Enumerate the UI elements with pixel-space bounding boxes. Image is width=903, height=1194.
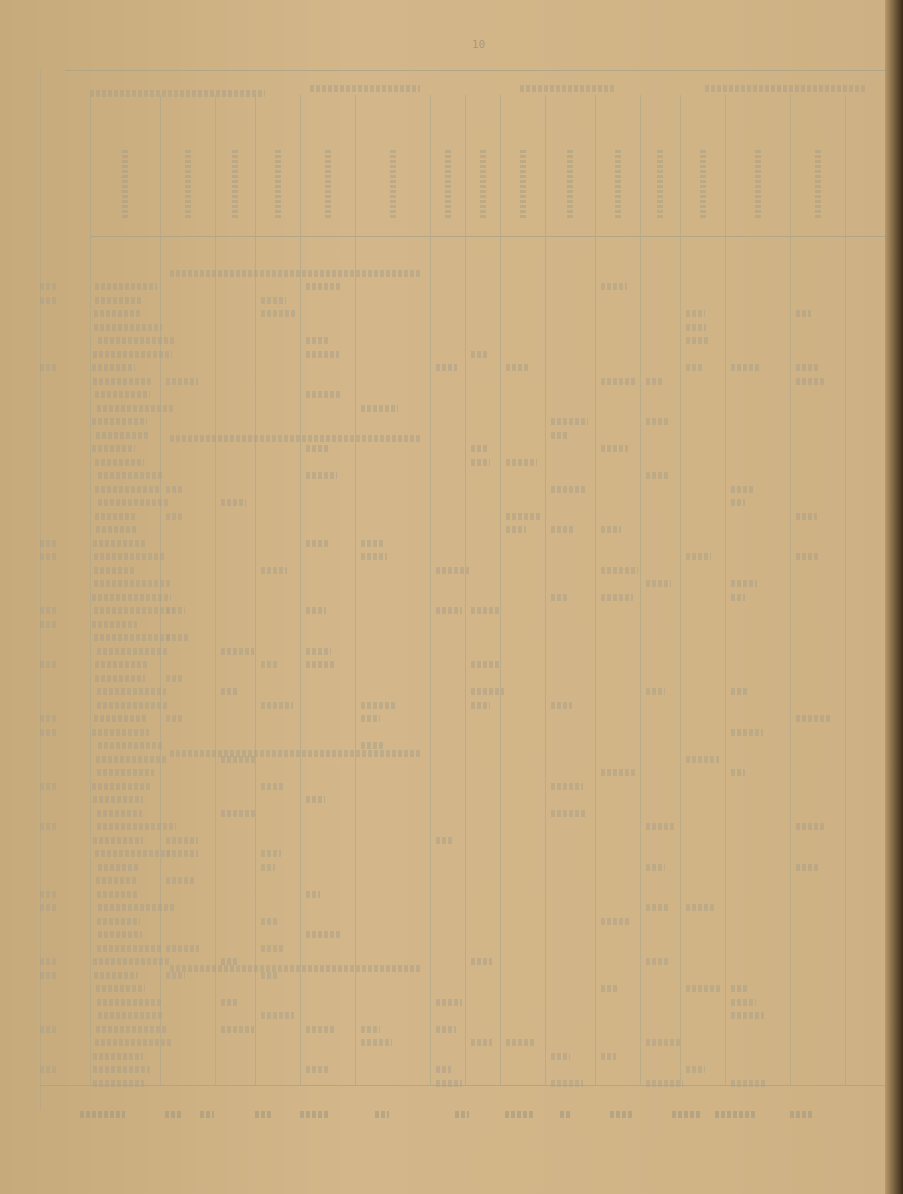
- row-label: [97, 945, 163, 952]
- table-cell: [646, 864, 665, 871]
- table-cell: [686, 324, 706, 331]
- table-cell: [796, 364, 820, 371]
- table-cell: [221, 756, 256, 763]
- table-cell: [551, 702, 572, 709]
- column-rule: [545, 95, 546, 1085]
- table-cell: [436, 567, 469, 574]
- totals-cell: [300, 1111, 330, 1118]
- column-header: [615, 150, 621, 220]
- row-label: [92, 621, 137, 628]
- table-cell: [261, 1012, 294, 1019]
- table-cell: [731, 499, 745, 506]
- table-cell: [221, 1026, 254, 1033]
- row-number: [40, 621, 58, 628]
- table-cell: [646, 904, 670, 911]
- table-cell: [166, 607, 185, 614]
- table-cell: [646, 958, 668, 965]
- table-cell: [796, 823, 825, 830]
- table-cell: [471, 702, 490, 709]
- table-cell: [166, 850, 198, 857]
- row-label: [94, 567, 134, 574]
- table-cell: [551, 594, 568, 601]
- row-label: [95, 850, 170, 857]
- table-cell: [261, 783, 283, 790]
- row-label: [96, 432, 148, 439]
- row-number: [40, 540, 58, 547]
- row-label: [97, 769, 154, 776]
- row-label: [95, 661, 149, 668]
- table-cell: [221, 499, 246, 506]
- row-label: [93, 837, 143, 844]
- table-cell: [796, 715, 830, 722]
- table-cell: [796, 378, 824, 385]
- column-rule: [595, 95, 596, 1085]
- row-number: [40, 972, 58, 979]
- row-label: [93, 378, 152, 385]
- table-cell: [436, 1080, 462, 1087]
- table-cell: [471, 661, 499, 668]
- table-cell: [306, 1066, 328, 1073]
- table-cell: [166, 837, 198, 844]
- table-cell: [361, 405, 398, 412]
- table-cell: [601, 769, 635, 776]
- table-cell: [686, 553, 711, 560]
- column-header: [480, 150, 486, 220]
- row-label: [94, 553, 165, 560]
- row-label: [97, 810, 142, 817]
- table-cell: [261, 567, 287, 574]
- table-cell: [731, 769, 745, 776]
- table-cell: [796, 310, 811, 317]
- row-label: [98, 499, 171, 506]
- row-label: [97, 648, 167, 655]
- table-cell: [731, 1012, 764, 1019]
- table-cell: [261, 702, 293, 709]
- column-header: [232, 150, 238, 220]
- table-cell: [361, 1039, 392, 1046]
- column-header: [122, 150, 128, 220]
- table-cell: [731, 580, 757, 587]
- table-cell: [261, 310, 297, 317]
- table-cell: [471, 1039, 492, 1046]
- totals-cell: [790, 1111, 814, 1118]
- table-cell: [796, 513, 817, 520]
- row-number: [40, 891, 58, 898]
- table-cell: [601, 594, 633, 601]
- table-cell: [306, 445, 330, 452]
- row-label: [92, 418, 147, 425]
- left-rule: [40, 70, 41, 1110]
- table-cell: [436, 1026, 456, 1033]
- table-cell: [261, 918, 277, 925]
- totals-cell: [455, 1111, 469, 1118]
- table-cell: [601, 567, 638, 574]
- table-cell: [686, 756, 719, 763]
- column-header: [815, 150, 821, 220]
- row-label: [97, 999, 164, 1006]
- column-rule: [725, 95, 726, 1085]
- row-label: [93, 1080, 144, 1087]
- table-cell: [166, 634, 188, 641]
- table-cell: [686, 985, 721, 992]
- header-rule: [90, 236, 885, 237]
- table-cell: [166, 486, 183, 493]
- table-cell: [306, 931, 341, 938]
- row-label: [98, 904, 176, 911]
- table-cell: [306, 283, 341, 290]
- row-number: [40, 823, 58, 830]
- row-number: [40, 783, 58, 790]
- row-label: [98, 864, 139, 871]
- table-cell: [361, 540, 385, 547]
- row-label: [94, 607, 174, 614]
- table-cell: [436, 1066, 451, 1073]
- table-cell: [646, 378, 662, 385]
- row-label: [94, 972, 138, 979]
- row-label: [92, 445, 134, 452]
- row-number: [40, 297, 58, 304]
- table-cell: [261, 945, 284, 952]
- table-cell: [306, 391, 342, 398]
- table-cell: [646, 580, 671, 587]
- scanned-page: 10: [0, 0, 885, 1194]
- table-cell: [601, 378, 636, 385]
- table-cell: [551, 526, 573, 533]
- table-cell: [506, 459, 537, 466]
- table-cell: [306, 472, 337, 479]
- table-cell: [731, 1080, 765, 1087]
- table-cell: [306, 351, 339, 358]
- column-header: [445, 150, 451, 220]
- table-cell: [551, 486, 586, 493]
- row-label: [92, 729, 149, 736]
- table-cell: [731, 594, 745, 601]
- column-group-header: [310, 85, 420, 92]
- table-cell: [551, 1080, 583, 1087]
- table-cell: [731, 486, 753, 493]
- section-header: [170, 750, 420, 757]
- table-cell: [601, 283, 627, 290]
- table-cell: [436, 607, 462, 614]
- column-rule: [640, 95, 641, 1085]
- column-header: [567, 150, 573, 220]
- row-label: [95, 675, 145, 682]
- row-label: [98, 337, 175, 344]
- row-label: [94, 324, 161, 331]
- table-cell: [306, 1026, 335, 1033]
- table-cell: [261, 972, 279, 979]
- table-cell: [731, 999, 756, 1006]
- column-rule: [90, 95, 91, 1085]
- table-cell: [506, 1039, 535, 1046]
- row-label: [98, 1012, 163, 1019]
- row-label: [94, 310, 140, 317]
- table-cell: [471, 445, 488, 452]
- column-header: [185, 150, 191, 220]
- table-cell: [471, 607, 499, 614]
- column-group-header: [520, 85, 615, 92]
- table-cell: [166, 715, 184, 722]
- totals-cell: [255, 1111, 273, 1118]
- table-cell: [601, 1053, 616, 1060]
- row-label: [95, 297, 142, 304]
- table-cell: [361, 1026, 380, 1033]
- table-cell: [166, 877, 196, 884]
- table-cell: [306, 796, 325, 803]
- row-number: [40, 661, 58, 668]
- row-label: [98, 742, 163, 749]
- column-header: [275, 150, 281, 220]
- top-rule: [65, 70, 885, 71]
- table-cell: [361, 553, 387, 560]
- row-label: [97, 918, 140, 925]
- table-cell: [601, 985, 618, 992]
- column-rule: [680, 95, 681, 1085]
- row-label: [95, 513, 135, 520]
- table-cell: [166, 378, 198, 385]
- table-cell: [361, 702, 395, 709]
- table-cell: [731, 688, 748, 695]
- table-cell: [166, 945, 199, 952]
- table-cell: [646, 472, 669, 479]
- table-cell: [306, 661, 334, 668]
- table-cell: [506, 513, 540, 520]
- table-cell: [436, 999, 462, 1006]
- table-cell: [221, 958, 239, 965]
- table-cell: [221, 688, 237, 695]
- table-cell: [646, 688, 665, 695]
- column-rule: [355, 95, 356, 1085]
- table-cell: [306, 540, 328, 547]
- row-label: [95, 459, 144, 466]
- table-cell: [796, 864, 818, 871]
- row-label: [95, 283, 157, 290]
- totals-cell: [505, 1111, 535, 1118]
- column-group-header: [705, 85, 865, 92]
- row-label: [97, 823, 176, 830]
- row-label: [97, 405, 174, 412]
- table-cell: [471, 459, 490, 466]
- table-cell: [166, 513, 182, 520]
- row-label: [92, 594, 171, 601]
- column-header: [520, 150, 526, 220]
- table-cell: [646, 418, 669, 425]
- row-label: [93, 796, 143, 803]
- table-cell: [361, 715, 380, 722]
- totals-cell: [672, 1111, 700, 1118]
- table-cell: [361, 742, 383, 749]
- row-label: [96, 1026, 166, 1033]
- table-cell: [551, 432, 569, 439]
- row-number: [40, 904, 58, 911]
- table-cell: [261, 850, 281, 857]
- totals-cell: [610, 1111, 632, 1118]
- table-cell: [306, 648, 331, 655]
- totals-cell: [715, 1111, 755, 1118]
- table-cell: [551, 810, 586, 817]
- section-header: [170, 435, 420, 442]
- table-cell: [436, 837, 452, 844]
- row-label: [97, 702, 169, 709]
- table-cell: [471, 351, 489, 358]
- row-number: [40, 607, 58, 614]
- table-cell: [471, 958, 492, 965]
- section-header: [170, 965, 420, 972]
- column-header: [325, 150, 331, 220]
- table-cell: [601, 445, 628, 452]
- table-cell: [686, 1066, 705, 1073]
- table-cell: [166, 972, 185, 979]
- column-rule: [430, 95, 431, 1085]
- row-label: [93, 351, 173, 358]
- table-cell: [551, 418, 588, 425]
- row-label: [93, 540, 147, 547]
- row-label: [95, 1039, 172, 1046]
- row-number: [40, 553, 58, 560]
- row-label: [98, 472, 163, 479]
- table-cell: [306, 607, 326, 614]
- row-label: [98, 931, 142, 938]
- row-number: [40, 715, 58, 722]
- column-rule: [160, 95, 161, 1085]
- table-cell: [601, 526, 621, 533]
- row-label: [96, 877, 137, 884]
- table-cell: [551, 1053, 570, 1060]
- table-cell: [166, 675, 183, 682]
- column-header: [657, 150, 663, 220]
- row-label: [96, 985, 145, 992]
- row-label: [95, 486, 159, 493]
- row-label: [94, 580, 170, 587]
- row-label: [96, 526, 139, 533]
- table-cell: [261, 864, 275, 871]
- table-cell: [436, 364, 457, 371]
- table-cell: [506, 364, 529, 371]
- row-label: [95, 391, 150, 398]
- table-cell: [731, 364, 760, 371]
- row-label: [92, 783, 151, 790]
- table-cell: [686, 337, 709, 344]
- totals-cell: [80, 1111, 125, 1118]
- table-cell: [506, 526, 526, 533]
- column-header: [700, 150, 706, 220]
- table-cell: [796, 553, 820, 560]
- row-label: [97, 688, 166, 695]
- column-rule: [255, 95, 256, 1085]
- table-cell: [686, 310, 705, 317]
- table-cell: [686, 904, 714, 911]
- table-cell: [731, 985, 748, 992]
- table-cell: [646, 1039, 680, 1046]
- table-cell: [551, 783, 583, 790]
- row-label: [94, 715, 146, 722]
- table-cell: [601, 918, 631, 925]
- column-rule: [465, 95, 466, 1085]
- totals-cell: [560, 1111, 570, 1118]
- column-header: [390, 150, 396, 220]
- row-label: [93, 958, 169, 965]
- totals-cell: [200, 1111, 214, 1118]
- row-number: [40, 729, 58, 736]
- column-group-header: [90, 90, 265, 97]
- table-cell: [261, 661, 279, 668]
- totals-cell: [375, 1111, 389, 1118]
- column-rule: [500, 95, 501, 1085]
- table-cell: [306, 337, 328, 344]
- column-rule: [845, 95, 846, 1085]
- table-cell: [471, 688, 504, 695]
- column-rule: [300, 95, 301, 1085]
- page-edge-shadow: [885, 0, 903, 1194]
- row-label: [96, 756, 167, 763]
- column-rule: [215, 95, 216, 1085]
- row-number: [40, 1066, 58, 1073]
- row-number: [40, 958, 58, 965]
- table-cell: [646, 823, 675, 830]
- row-number: [40, 283, 58, 290]
- row-number: [40, 364, 58, 371]
- row-label: [92, 364, 135, 371]
- table-cell: [221, 810, 256, 817]
- totals-cell: [165, 1111, 183, 1118]
- section-header: [170, 270, 420, 277]
- row-label: [94, 634, 171, 641]
- column-rule: [790, 95, 791, 1085]
- table-cell: [221, 648, 254, 655]
- table-cell: [646, 1080, 683, 1087]
- row-label: [93, 1053, 143, 1060]
- table-cell: [731, 729, 763, 736]
- row-label: [93, 1066, 150, 1073]
- table-cell: [306, 891, 320, 898]
- row-number: [40, 1026, 58, 1033]
- table-cell: [261, 297, 286, 304]
- table-cell: [686, 364, 704, 371]
- column-header: [755, 150, 761, 220]
- table-cell: [221, 999, 239, 1006]
- row-label: [97, 891, 138, 898]
- page-number: 10: [472, 38, 485, 51]
